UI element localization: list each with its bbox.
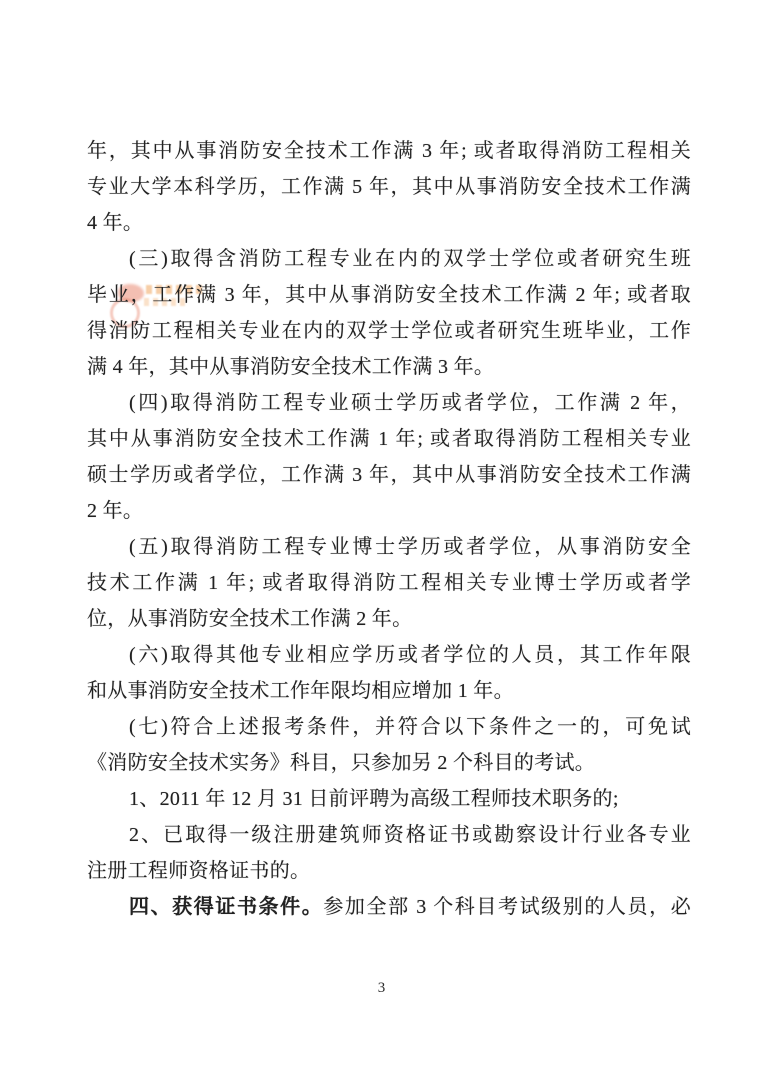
text-line: 1、2011 年 12 月 31 日前评聘为高级工程师技术职务的; [87,781,691,817]
text-line: 2 年。 [87,493,691,529]
text-line: 4 年。 [87,205,691,241]
document-page: 年，其中从事消防安全技术工作满 3 年; 或者取得消防工程相关 专业大学本科学历… [0,0,763,1080]
text-line: 四、获得证书条件。参加全部 3 个科目考试级别的人员，必 [87,889,691,925]
text-line: 年，其中从事消防安全技术工作满 3 年; 或者取得消防工程相关 [87,133,691,169]
text-line: 满 4 年，其中从事消防安全技术工作满 3 年。 [87,349,691,385]
text-line: 得消防工程相关专业在内的双学士学位或者研究生班毕业，工作 [87,313,691,349]
text-line: 其中从事消防安全技术工作满 1 年; 或者取得消防工程相关专业 [87,421,691,457]
section-heading-continuation: 参加全部 3 个科目考试级别的人员，必 [323,896,691,918]
text-line: 位，从事消防安全技术工作满 2 年。 [87,601,691,637]
text-line: 注册工程师资格证书的。 [87,853,691,889]
text-line: (三)取得含消防工程专业在内的双学士学位或者研究生班 [87,241,691,277]
text-line: (七)符合上述报考条件，并符合以下条件之一的，可免试 [87,709,691,745]
text-line: 技术工作满 1 年; 或者取得消防工程相关专业博士学历或者学 [87,565,691,601]
text-line: 2、已取得一级注册建筑师资格证书或勘察设计行业各专业 [87,817,691,853]
text-line: 《消防安全技术实务》科目，只参加另 2 个科目的考试。 [87,745,691,781]
text-line: 专业大学本科学历，工作满 5 年，其中从事消防安全技术工作满 [87,169,691,205]
text-line: (四)取得消防工程专业硕士学历或者学位，工作满 2 年， [87,385,691,421]
page-number: 3 [0,980,763,997]
section-heading: 四、获得证书条件。 [129,896,323,918]
body-text: 年，其中从事消防安全技术工作满 3 年; 或者取得消防工程相关 专业大学本科学历… [87,133,691,925]
text-line: 硕士学历或者学位，工作满 3 年，其中从事消防安全技术工作满 [87,457,691,493]
text-line: 和从事消防安全技术工作年限均相应增加 1 年。 [87,673,691,709]
text-line: (五)取得消防工程专业博士学历或者学位，从事消防安全 [87,529,691,565]
text-line: 毕业，工作满 3 年，其中从事消防安全技术工作满 2 年; 或者取 [87,277,691,313]
text-line: (六)取得其他专业相应学历或者学位的人员，其工作年限 [87,637,691,673]
